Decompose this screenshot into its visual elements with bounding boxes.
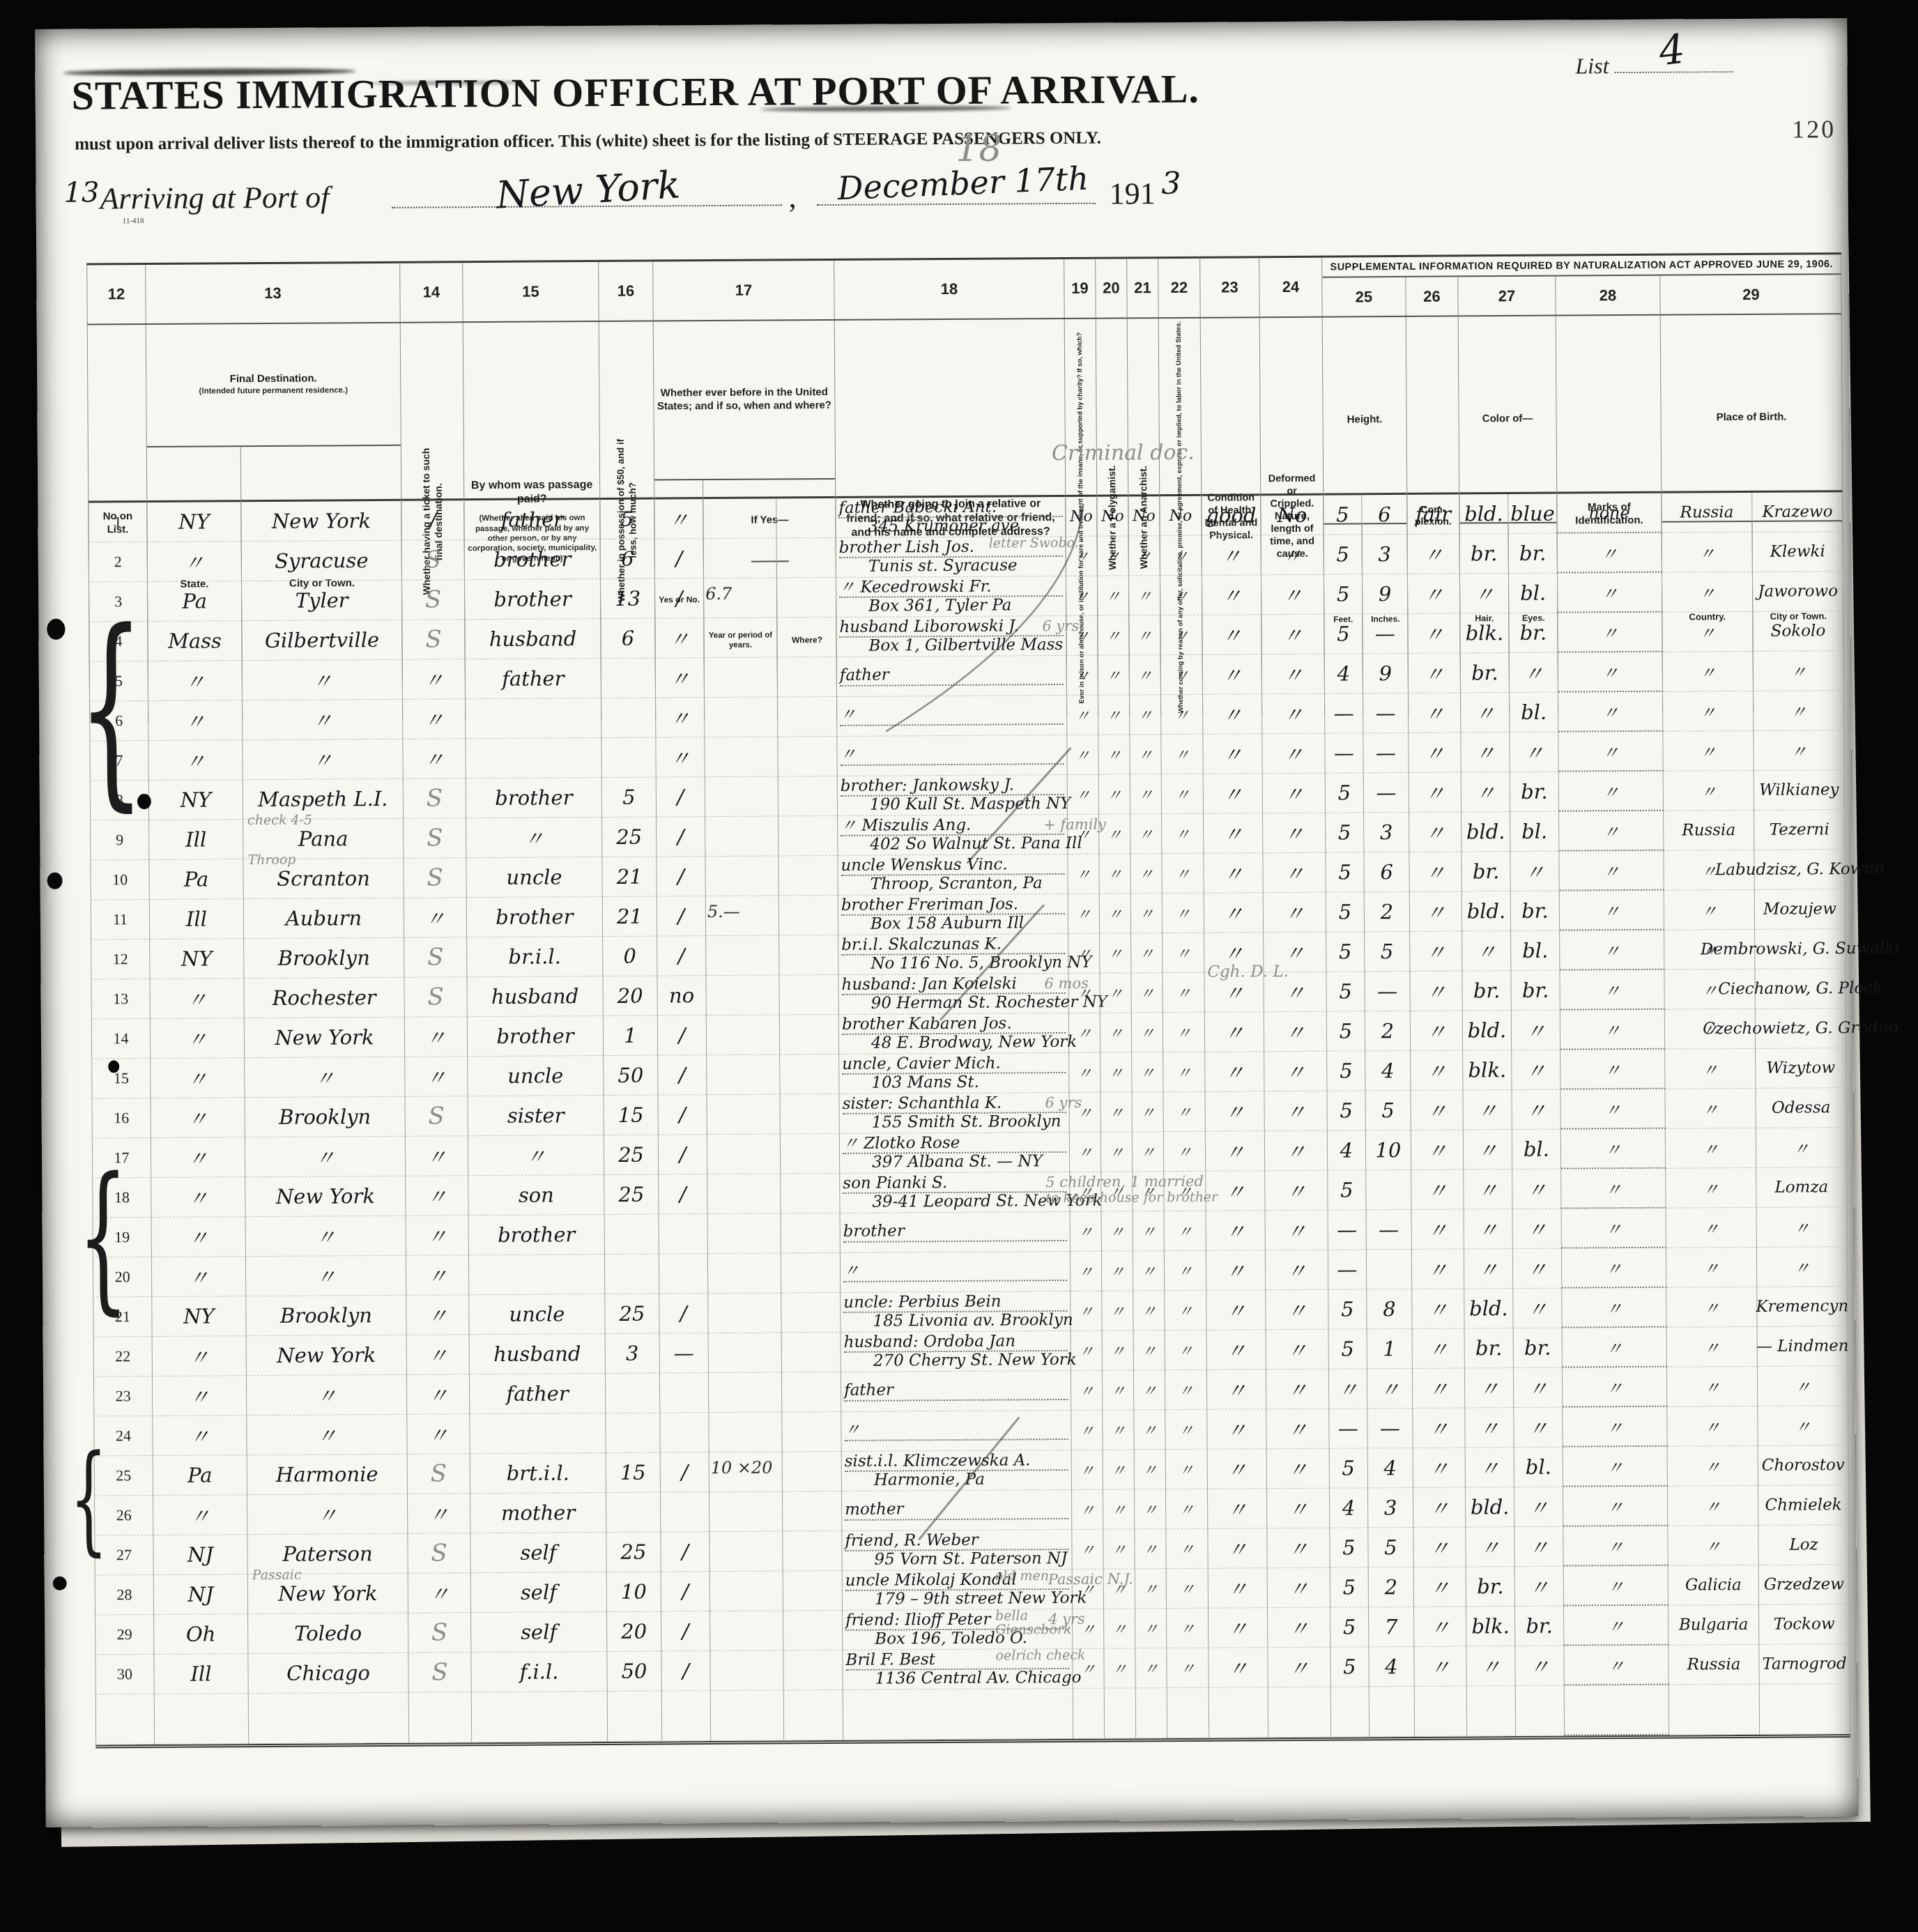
cell-state: 〃 [153, 1416, 247, 1456]
cell-height-inches: 3 [1364, 813, 1409, 852]
cell-state: NJ [154, 1574, 248, 1615]
cell-anarchist-mark: 〃 [1134, 1410, 1165, 1450]
cell-before-us-year [707, 1015, 780, 1055]
cell-health-condition: 〃 [1205, 1052, 1264, 1092]
cell-before-us-where [777, 618, 836, 658]
cell-before-us-yesno: / [661, 1532, 709, 1572]
cell-complexion: 〃 [1413, 1328, 1465, 1368]
cell-labor-mark: 〃 [1165, 1211, 1206, 1251]
cell-money-amount: 6 [601, 619, 655, 659]
cell-prison-mark: 〃 [1071, 1331, 1103, 1371]
cell-polygamist-mark: 〃 [1102, 1211, 1133, 1251]
hole-punch [53, 1577, 67, 1590]
cell-state: NJ [153, 1535, 247, 1575]
col-number-16: 16 [599, 262, 654, 321]
cell-row-number: 26 [94, 1496, 153, 1536]
cell-eye-color: 〃 [1513, 1209, 1562, 1249]
cell-anarchist-mark: 〃 [1131, 973, 1163, 1013]
relative-line-2: 39-41 Leopard St. New York [843, 1193, 1096, 1212]
cell-passage-paid-by: br.i.l. [467, 937, 603, 977]
cell-money-amount: 5 [602, 778, 657, 818]
cell-before-us-year [703, 498, 776, 539]
cell-relative-address: sist.i.l. Klimczewska A.Harmonie, Pa [842, 1450, 1072, 1492]
cell-birth-city: 〃 [1756, 1128, 1847, 1168]
cell-ticket-mark: 〃 [405, 1057, 468, 1097]
cell-money-amount [606, 1374, 660, 1413]
cell-passage-paid-by: son [468, 1175, 604, 1216]
cell-birth-city: Odessa [1756, 1088, 1846, 1128]
final-destination-sub: (Intended future permanent residence.) [199, 385, 348, 397]
cell-city: 〃 [243, 700, 403, 740]
cell-complexion: 〃 [1413, 1487, 1466, 1527]
cell-state: 〃 [151, 1058, 245, 1098]
cell-marks-identification: 〃 [1560, 1089, 1665, 1130]
cell-passage-paid-by: uncle [466, 857, 602, 898]
cell-birth-city: Lomza [1756, 1167, 1847, 1208]
relative-line-1: father [840, 666, 1064, 686]
cell-hair-color: 〃 [1461, 693, 1510, 733]
cell-state: 〃 [148, 661, 243, 701]
cell-city: Brooklyn [245, 1097, 406, 1137]
cell-complexion: 〃 [1410, 891, 1462, 931]
cell-polygamist-mark: 〃 [1098, 576, 1129, 615]
cell-deformed-crippled: 〃 [1267, 1528, 1330, 1569]
cell-birth-country: 〃 [1663, 731, 1754, 772]
cell-row-number: 16 [92, 1098, 151, 1139]
cell-complexion: 〃 [1408, 534, 1460, 574]
cell-deformed-crippled: 〃 [1266, 1211, 1328, 1251]
cell-polygamist-mark: 〃 [1103, 1489, 1135, 1529]
cell-height-inches: 6 [1364, 852, 1409, 892]
cell-hair-color: bld. [1461, 812, 1510, 852]
cell-prison-mark: No [1066, 497, 1097, 537]
date-pencil-18: 18 [956, 128, 1002, 169]
cell-polygamist-mark: 〃 [1104, 1609, 1135, 1648]
relative-line-2: 1136 Central Av. Chicago [846, 1669, 1099, 1689]
cell-complexion: 〃 [1409, 693, 1461, 733]
relative-line-1: uncle Wenskus Vinc. [841, 856, 1064, 876]
cell-birth-country: Galicia [1668, 1565, 1759, 1606]
cell-ticket-mark: 〃 [406, 1255, 469, 1296]
cell-before-us-yesno: / [658, 1015, 707, 1055]
cell-complexion: 〃 [1409, 653, 1461, 693]
cell-city: Brooklyn [246, 1296, 406, 1336]
cell-marks-identification: 〃 [1563, 1526, 1668, 1567]
cell-anarchist-mark: No [1128, 496, 1160, 536]
cell-before-us-year [704, 618, 777, 658]
cell-polygamist-mark: 〃 [1101, 1132, 1133, 1172]
cell-birth-country: 〃 [1662, 532, 1753, 573]
cell-marks-identification: 〃 [1562, 1248, 1666, 1289]
cell-height-inches: 2 [1369, 1567, 1414, 1607]
supplemental-numbers: 25 26 27 28 29 [1322, 275, 1841, 316]
cell-money-amount: 20 [607, 1612, 661, 1652]
cell-height-feet: 〃 [1329, 1369, 1367, 1409]
cell-birth-country: Russia [1664, 811, 1754, 851]
cell-deformed-crippled: 〃 [1261, 575, 1324, 615]
cell-state: 〃 [151, 1098, 245, 1138]
relative-line-1: uncle: Perbius Bein [843, 1293, 1067, 1313]
cell-state: 〃 [152, 1217, 246, 1257]
cell-city: Brooklyn [244, 938, 404, 979]
relative-line-2: 190 Kull St. Maspeth NY [841, 795, 1094, 815]
cell-passage-paid-by: brother [468, 1016, 604, 1057]
relative-line-1: husband Liborowski J. [839, 618, 1063, 638]
cell-marks-identification: 〃 [1559, 811, 1664, 852]
cell-passage-paid-by [469, 1255, 605, 1295]
cell-anarchist-mark: 〃 [1130, 854, 1162, 894]
relative-line-2: 345 Krumoner ave. [838, 517, 1091, 537]
cell-relative-address: uncle, Cavier Mich.103 Mans St. [839, 1053, 1069, 1094]
cell-passage-paid-by: mother [470, 1493, 606, 1533]
cell-row-number: 27 [94, 1535, 153, 1576]
cell-before-us-year [709, 1412, 782, 1452]
cell-relative-address: father [837, 656, 1067, 697]
cell-row-number: 28 [95, 1575, 154, 1616]
cell-marks-identification: 〃 [1558, 732, 1663, 772]
cell-hair-color: bld. [1464, 1289, 1513, 1328]
cell-marks-identification: 〃 [1558, 613, 1662, 653]
col-number-28: 28 [1556, 276, 1660, 315]
cell-health-condition: 〃 [1202, 575, 1261, 615]
cell-health-condition: good [1202, 496, 1261, 536]
cell-before-us-where [779, 896, 838, 936]
cell-before-us-where [783, 1531, 842, 1572]
hole-punch [47, 873, 63, 889]
cell-row-number: 12 [91, 940, 150, 980]
cell-prison-mark: 〃 [1073, 1649, 1104, 1689]
cell-ticket-mark: S [408, 1454, 470, 1494]
cell-hair-color: br. [1461, 852, 1510, 891]
cell-polygamist-mark: 〃 [1100, 1052, 1132, 1092]
cell-height-inches: 9 [1363, 574, 1408, 614]
cell-state: 〃 [151, 1137, 245, 1178]
cell-birth-country: 〃 [1666, 1248, 1757, 1288]
cell-deformed-crippled: 〃 [1268, 1608, 1330, 1648]
cell-relative-address: friend: Ilioff PeterBox 196, Toledo O.be… [843, 1609, 1073, 1650]
cell-polygamist-mark: 〃 [1103, 1370, 1134, 1410]
cell-marks-identification: 〃 [1561, 1129, 1666, 1170]
cell-before-us-yesno: / [659, 1294, 708, 1333]
cell-ticket-mark: 〃 [406, 1136, 468, 1176]
cell-before-us-year [705, 816, 778, 857]
cell-deformed-crippled: 〃 [1264, 1052, 1327, 1092]
cell-polygamist-mark: 〃 [1100, 933, 1131, 973]
cell-prison-mark: 〃 [1072, 1490, 1103, 1530]
cell-birth-city: 〃 [1754, 730, 1844, 771]
cell-money-amount: 50 [607, 1652, 661, 1692]
cell-anarchist-mark: 〃 [1134, 1331, 1165, 1370]
cell-state: NY [152, 1296, 246, 1337]
cell-row-number: 21 [93, 1297, 152, 1337]
cell-hair-color: 〃 [1464, 1209, 1513, 1249]
cell-before-us-year [709, 1333, 782, 1373]
cell-health-condition: 〃Passaic N.J. [1209, 1568, 1268, 1609]
cell-labor-mark: 〃 [1163, 1013, 1205, 1052]
relative-line-1: 〃 [840, 745, 1064, 765]
cell-complexion: 〃 [1409, 852, 1461, 891]
page-subtitle: must upon arrival deliver lists thereof … [75, 129, 1101, 155]
cell-deformed-crippled: No [1261, 496, 1324, 536]
year-printed: 191 [1109, 176, 1155, 211]
cell-row-number: 24 [93, 1416, 153, 1457]
cell-polygamist-mark: 〃 [1104, 1569, 1135, 1609]
cell-polygamist-mark: 〃 [1103, 1331, 1134, 1370]
relative-line-1: father Babecki Ant. [838, 498, 1062, 519]
cell-birth-city: 〃 [1754, 651, 1844, 691]
cell-prison-mark: 〃 [1068, 854, 1099, 894]
cell-height-feet: 5 [1326, 932, 1365, 972]
cell-anarchist-mark: 〃 [1135, 1648, 1167, 1688]
cell-health-condition: 〃 [1207, 1409, 1266, 1450]
cell-eye-color: br. [1514, 1328, 1563, 1368]
cell-before-us-yesno: / [657, 857, 705, 896]
cell-labor-mark: 〃 [1163, 973, 1204, 1013]
cell-passage-paid-by: self [471, 1612, 607, 1653]
cell-anarchist-mark: 〃 [1129, 576, 1160, 615]
cell-row-number: 13 [91, 979, 150, 1020]
cell-row-number: 4 [89, 622, 148, 662]
supplemental-band: SUPPLEMENTAL INFORMATION REQUIRED BY NAT… [1322, 254, 1841, 316]
cell-ticket-mark: 〃 [408, 1494, 470, 1534]
cell-polygamist-mark: 〃 [1098, 536, 1129, 576]
cell-polygamist-mark: 〃 [1100, 894, 1131, 933]
cell-eye-color: br. [1511, 891, 1560, 931]
cell-anarchist-mark: 〃 [1131, 933, 1163, 973]
cell-anarchist-mark: 〃 [1132, 1092, 1163, 1132]
cell-before-us-where [783, 1452, 842, 1492]
cell-city: 〃 [243, 660, 403, 700]
cell-marks-identification: none [1557, 493, 1662, 534]
cell-birth-city: 〃 [1758, 1366, 1848, 1406]
cell-row-number: 1 [88, 503, 147, 543]
cell-polygamist-mark: 〃 [1099, 854, 1130, 894]
cell-prison-mark: 〃 [1072, 1450, 1103, 1490]
cell-complexion: 〃 [1411, 1170, 1464, 1209]
cell-before-us-yesno: / [657, 896, 706, 936]
cell-passage-paid-by [466, 738, 601, 779]
cell-height-feet: 5 [1330, 1448, 1368, 1488]
cell-complexion: fair [1407, 494, 1459, 534]
cell-height-inches: — [1363, 693, 1409, 733]
cell-polygamist-mark: 〃 [1102, 1251, 1133, 1291]
col-number-18: 18 [834, 259, 1065, 319]
cell-passage-paid-by: brother [466, 778, 602, 818]
cell-eye-color: 〃 [1512, 1050, 1560, 1090]
cell-eye-color: 〃 [1514, 1368, 1563, 1408]
cell-height-inches: — [1364, 773, 1409, 813]
cell-money-amount: 21 [603, 897, 657, 937]
cell-complexion: 〃 [1408, 574, 1460, 613]
cell-before-us-where [781, 1134, 840, 1174]
cell-height-inches [1366, 1170, 1411, 1210]
cell-city: Tyler [242, 581, 402, 621]
cell-ticket-mark: / [401, 500, 464, 541]
cell-labor-mark: 〃 [1166, 1489, 1208, 1529]
cell-state: 〃 [153, 1376, 247, 1416]
relative-line-1: brother Lish Jos. [839, 538, 1063, 558]
cell-city: Panacheck 4-5 [243, 819, 404, 859]
cell-state: 〃 [148, 700, 243, 741]
cell-city: 〃 [247, 1494, 408, 1535]
cell-prison-mark: 〃 [1069, 1093, 1100, 1133]
cell-before-us-year [707, 1094, 781, 1135]
cell-before-us-year [705, 737, 778, 777]
cell-passage-paid-by: uncle [468, 1056, 604, 1096]
cell-state: 〃 [151, 1177, 245, 1218]
comma: , [788, 179, 796, 215]
cell-health-condition: 〃 [1206, 1131, 1265, 1172]
cell-anarchist-mark: 〃 [1131, 894, 1163, 933]
cell-before-us-year [708, 1213, 781, 1254]
cell-city: Harmonie [247, 1455, 408, 1495]
cell-labor-mark: 〃 [1166, 1529, 1208, 1569]
cell-marks-identification: 〃 [1560, 930, 1664, 971]
cell-money-amount [606, 1413, 660, 1453]
cell-money-amount: 1 [604, 1016, 658, 1056]
cell-money-amount: 25 [606, 1533, 661, 1572]
cell-deformed-crippled: 〃 [1266, 1250, 1328, 1291]
cell-ticket-mark: 〃 [403, 699, 466, 739]
col-number-13: 13 [146, 263, 401, 323]
cell-state: 〃 [148, 542, 242, 582]
cell-height-feet: 5 [1324, 614, 1363, 654]
cell-before-us-where [778, 816, 838, 857]
relative-line-1: 〃 [840, 705, 1064, 726]
cell-relative-address: 〃 Miszulis Ang.402 So Walnut St. Pana Il… [838, 815, 1068, 856]
cell-before-us-yesno: / [659, 1095, 707, 1135]
cell-height-feet: 5 [1330, 1528, 1368, 1567]
arriving-at-port-label: Arriving at Port of [100, 179, 329, 216]
cell-birth-country: 〃 [1662, 572, 1753, 613]
cell-anarchist-mark: 〃 [1135, 1569, 1167, 1609]
cell-health-condition: 〃5 children, 1 marriedto keep house for … [1206, 1171, 1265, 1211]
cell-birth-city: Klewki [1753, 532, 1843, 572]
cell-before-us-yesno: 〃 [655, 618, 704, 658]
cell-row-number: 11 [91, 900, 150, 940]
cell-before-us-year [704, 538, 777, 578]
cell-city: ScrantonThroop [243, 859, 404, 899]
port-value-handwritten: New York [495, 162, 682, 217]
cell-city: 〃 [246, 1216, 406, 1257]
relative-line-1: sister: Schanthla K. [843, 1094, 1066, 1114]
cell-before-us-where [779, 975, 838, 1015]
cell-birth-city: 〃 [1758, 1406, 1848, 1446]
col-number-29: 29 [1660, 275, 1841, 314]
cell-birth-city: Ciechanow, G. Plock [1755, 969, 1846, 1009]
cell-passage-paid-by: sister [468, 1096, 604, 1136]
cell-hair-color: 〃 [1461, 733, 1510, 772]
cell-deformed-crippled: 〃 [1268, 1568, 1330, 1609]
cell-money-amount [601, 698, 656, 738]
cell-height-inches: — [1367, 1409, 1413, 1448]
cell-labor-mark: 〃 [1163, 1052, 1205, 1092]
cell-prison-mark: 〃 [1068, 934, 1100, 974]
cell-relative-address: 〃 [837, 735, 1067, 776]
cell-marks-identification: 〃 [1558, 533, 1662, 574]
cell-before-us-where [778, 657, 837, 698]
cell-relative-address: 〃 Zlotko Rose397 Albana St. — NY [840, 1133, 1070, 1174]
cell-birth-country: 〃 [1663, 652, 1754, 692]
cell-anarchist-mark: 〃 [1130, 774, 1162, 814]
cell-deformed-crippled: 〃 [1265, 1171, 1328, 1211]
cell-deformed-crippled: 〃 [1262, 654, 1325, 695]
cell-relative-address: brother Freriman Jos.Box 158 Auburn Ill [838, 894, 1068, 935]
cell-birth-city: Wizytow [1756, 1048, 1846, 1089]
cell-ticket-mark: 〃 [403, 739, 466, 779]
cell-hair-color: 〃 [1461, 772, 1510, 812]
cell-birth-city: 〃 [1754, 691, 1844, 731]
cell-before-us-year [708, 1253, 781, 1294]
relative-line-2: No 116 No. 5, Brooklyn NY [841, 954, 1094, 974]
cell-before-us-yesno: 〃 [656, 737, 705, 777]
cell-before-us-where [781, 1094, 840, 1135]
cell-health-condition: 〃 [1208, 1528, 1267, 1569]
cell-before-us-where [781, 1253, 841, 1294]
cell-money-amount [606, 1493, 661, 1533]
cell-passage-paid-by: brt.i.l. [470, 1453, 606, 1494]
cell-labor-mark: 〃 [1165, 1410, 1207, 1450]
relative-line-2: 95 Vorn St. Paterson NJ [845, 1550, 1098, 1570]
cell-money-amount: 25 [602, 818, 657, 857]
cell-eye-color: 〃 [1515, 1646, 1564, 1686]
cell-marks-identification: 〃 [1564, 1566, 1668, 1607]
cell-eye-color: 〃 [1512, 1170, 1561, 1209]
cell-labor-mark: 〃 [1160, 615, 1202, 655]
cell-state: Pa [148, 581, 242, 622]
cell-money-amount: 5 [600, 500, 654, 539]
cell-ticket-mark: S [404, 779, 466, 819]
cell-labor-mark: 〃 [1160, 576, 1202, 615]
cell-relative-address: 〃 [841, 1252, 1071, 1293]
cell-eye-color: 〃 [1514, 1527, 1563, 1567]
cell-before-us-where [776, 498, 836, 539]
cell-state: NY [150, 939, 244, 979]
cell-city: New YorkPassaic [248, 1574, 408, 1614]
cell-city: Maspeth L.I. [243, 779, 404, 820]
cell-before-us-year [707, 1134, 781, 1174]
cell-city: 〃 [246, 1256, 406, 1296]
cell-row-number: 6 [89, 701, 148, 742]
cell-passage-paid-by: husband [470, 1334, 606, 1374]
cell-birth-country: 〃 [1666, 1208, 1757, 1248]
cell-health-condition: 〃+ family [1204, 813, 1263, 854]
cell-city: 〃 [245, 1057, 405, 1098]
manifest-table: 12 13 14 15 16 17 18 19 20 21 22 23 24 S… [86, 252, 1850, 1748]
cell-eye-color: bl. [1512, 1130, 1561, 1170]
cell-deformed-crippled: 〃 [1263, 813, 1326, 854]
cell-before-us-year [705, 856, 778, 896]
cell-before-us-year [709, 1492, 783, 1532]
cell-hair-color: bld. [1459, 494, 1508, 534]
cell-before-us-yesno: / [655, 539, 704, 578]
cell-health-condition: 〃 [1202, 535, 1261, 576]
cell-health-condition: 〃 [1208, 1449, 1267, 1489]
cell-passage-paid-by: brother [469, 1215, 605, 1255]
cell-relative-address: husband: Jan Koielski90 Herman St. Roche… [838, 974, 1068, 1015]
cell-money-amount: 3 [606, 1334, 660, 1374]
relative-line-1: brother Kabaren Jos. [842, 1015, 1066, 1035]
relative-line-1: uncle Mikolaj Kondal [845, 1571, 1069, 1591]
cell-labor-mark: 〃 [1165, 1331, 1207, 1370]
cell-money-amount [601, 738, 656, 778]
cell-labor-mark: 〃 [1165, 1291, 1206, 1331]
cell-city: Paterson [247, 1534, 408, 1574]
col-number-20: 20 [1096, 259, 1128, 317]
cell-before-us-where [777, 578, 836, 618]
cell-prison-mark: 〃 [1068, 894, 1100, 934]
cell-height-feet: — [1329, 1409, 1367, 1448]
